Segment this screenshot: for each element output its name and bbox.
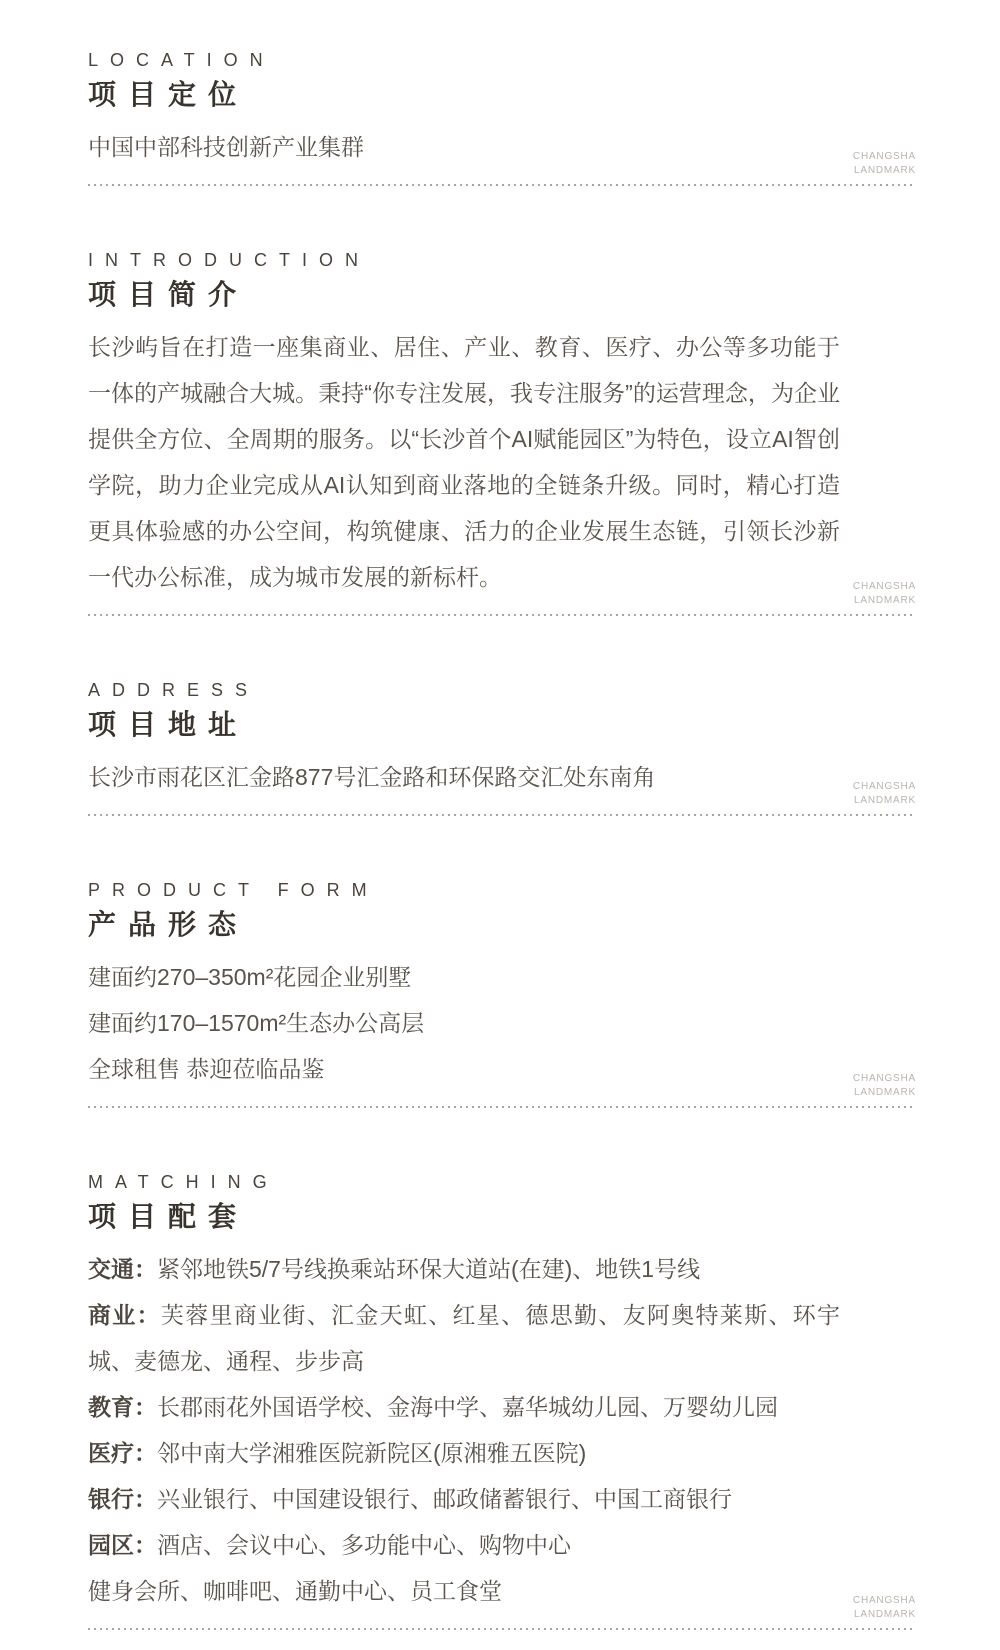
dotted-divider <box>88 184 912 186</box>
brand-watermark: CHANGSHA LANDMARK <box>853 780 916 808</box>
watermark-line-2: LANDMARK <box>853 164 916 178</box>
list-item: 银行：兴业银行、中国建设银行、邮政储蓄银行、中国工商银行 <box>88 1476 840 1522</box>
section-title: 产品形态 <box>88 910 912 940</box>
section-title: 项目地址 <box>88 710 912 740</box>
section-eyebrow: ADDRESS <box>88 680 912 700</box>
list-item-label: 银行： <box>88 1486 157 1512</box>
section-title: 项目定位 <box>88 80 912 110</box>
brand-watermark: CHANGSHA LANDMARK <box>853 1594 916 1622</box>
brand-watermark: CHANGSHA LANDMARK <box>853 1072 916 1100</box>
body-text: 建面约270–350m²花园企业别墅 <box>88 954 840 1000</box>
body-text: 长沙市雨花区汇金路877号汇金路和环保路交汇处东南角 <box>88 754 840 800</box>
list-item-text: 紧邻地铁5/7号线换乘站环保大道站(在建)、地铁1号线 <box>157 1256 700 1282</box>
section-content: 交通：紧邻地铁5/7号线换乘站环保大道站(在建)、地铁1号线 商业：芙蓉里商业街… <box>88 1246 912 1614</box>
list-item-label: 商业： <box>88 1302 161 1328</box>
section-content: 长沙屿旨在打造一座集商业、居住、产业、教育、医疗、办公等多功能于一体的产城融合大… <box>88 324 912 600</box>
list-item-text: 芙蓉里商业街、汇金天虹、红星、德思勤、友阿奥特莱斯、环宇城、麦德龙、通程、步步高 <box>88 1302 840 1374</box>
article-page: LOCATION 项目定位 中国中部科技创新产业集群 CHANGSHA LAND… <box>0 0 1000 1650</box>
watermark-line-1: CHANGSHA <box>853 780 916 794</box>
section-address: ADDRESS 项目地址 长沙市雨花区汇金路877号汇金路和环保路交汇处东南角 … <box>88 680 912 816</box>
list-item: 园区：酒店、会议中心、多功能中心、购物中心 <box>88 1522 840 1568</box>
body-text: 建面约170–1570m²生态办公高层 <box>88 1000 840 1046</box>
watermark-line-2: LANDMARK <box>853 594 916 608</box>
watermark-line-1: CHANGSHA <box>853 150 916 164</box>
brand-watermark: CHANGSHA LANDMARK <box>853 150 916 178</box>
list-item-text: 健身会所、咖啡吧、通勤中心、员工食堂 <box>88 1578 502 1604</box>
list-item-label: 教育： <box>88 1394 157 1420</box>
section-title: 项目配套 <box>88 1202 912 1232</box>
body-text: 长沙屿旨在打造一座集商业、居住、产业、教育、医疗、办公等多功能于一体的产城融合大… <box>88 324 840 600</box>
dotted-divider <box>88 814 912 816</box>
section-introduction: INTRODUCTION 项目简介 长沙屿旨在打造一座集商业、居住、产业、教育、… <box>88 250 912 616</box>
section-content: 建面约270–350m²花园企业别墅 建面约170–1570m²生态办公高层 全… <box>88 954 912 1092</box>
section-eyebrow: LOCATION <box>88 50 912 70</box>
watermark-line-1: CHANGSHA <box>853 580 916 594</box>
watermark-line-2: LANDMARK <box>853 1086 916 1100</box>
list-item-label: 交通： <box>88 1256 157 1282</box>
body-text: 中国中部科技创新产业集群 <box>88 124 840 170</box>
section-location: LOCATION 项目定位 中国中部科技创新产业集群 CHANGSHA LAND… <box>88 50 912 186</box>
list-item-label: 园区： <box>88 1532 157 1558</box>
watermark-line-2: LANDMARK <box>853 1608 916 1622</box>
dotted-divider <box>88 1628 912 1630</box>
list-item-text: 邻中南大学湘雅医院新院区(原湘雅五医院) <box>157 1440 586 1466</box>
watermark-line-1: CHANGSHA <box>853 1072 916 1086</box>
section-content: 长沙市雨花区汇金路877号汇金路和环保路交汇处东南角 <box>88 754 912 800</box>
section-product-form: PRODUCT FORM 产品形态 建面约270–350m²花园企业别墅 建面约… <box>88 880 912 1108</box>
dotted-divider <box>88 614 912 616</box>
list-item-text: 长郡雨花外国语学校、金海中学、嘉华城幼儿园、万婴幼儿园 <box>157 1394 778 1420</box>
section-eyebrow: PRODUCT FORM <box>88 880 912 900</box>
body-text: 全球租售 恭迎莅临品鉴 <box>88 1046 840 1092</box>
list-item: 教育：长郡雨花外国语学校、金海中学、嘉华城幼儿园、万婴幼儿园 <box>88 1384 840 1430</box>
section-eyebrow: INTRODUCTION <box>88 250 912 270</box>
list-item-text: 兴业银行、中国建设银行、邮政储蓄银行、中国工商银行 <box>157 1486 732 1512</box>
list-item: 医疗：邻中南大学湘雅医院新院区(原湘雅五医院) <box>88 1430 840 1476</box>
list-item: 商业：芙蓉里商业街、汇金天虹、红星、德思勤、友阿奥特莱斯、环宇城、麦德龙、通程、… <box>88 1292 840 1384</box>
section-eyebrow: MATCHING <box>88 1172 912 1192</box>
list-item: 交通：紧邻地铁5/7号线换乘站环保大道站(在建)、地铁1号线 <box>88 1246 840 1292</box>
watermark-line-2: LANDMARK <box>853 794 916 808</box>
dotted-divider <box>88 1106 912 1108</box>
section-matching: MATCHING 项目配套 交通：紧邻地铁5/7号线换乘站环保大道站(在建)、地… <box>88 1172 912 1630</box>
watermark-line-1: CHANGSHA <box>853 1594 916 1608</box>
list-item: 健身会所、咖啡吧、通勤中心、员工食堂 <box>88 1568 840 1614</box>
section-content: 中国中部科技创新产业集群 <box>88 124 912 170</box>
list-item-label: 医疗： <box>88 1440 157 1466</box>
list-item-text: 酒店、会议中心、多功能中心、购物中心 <box>157 1532 571 1558</box>
section-title: 项目简介 <box>88 280 912 310</box>
brand-watermark: CHANGSHA LANDMARK <box>853 580 916 608</box>
